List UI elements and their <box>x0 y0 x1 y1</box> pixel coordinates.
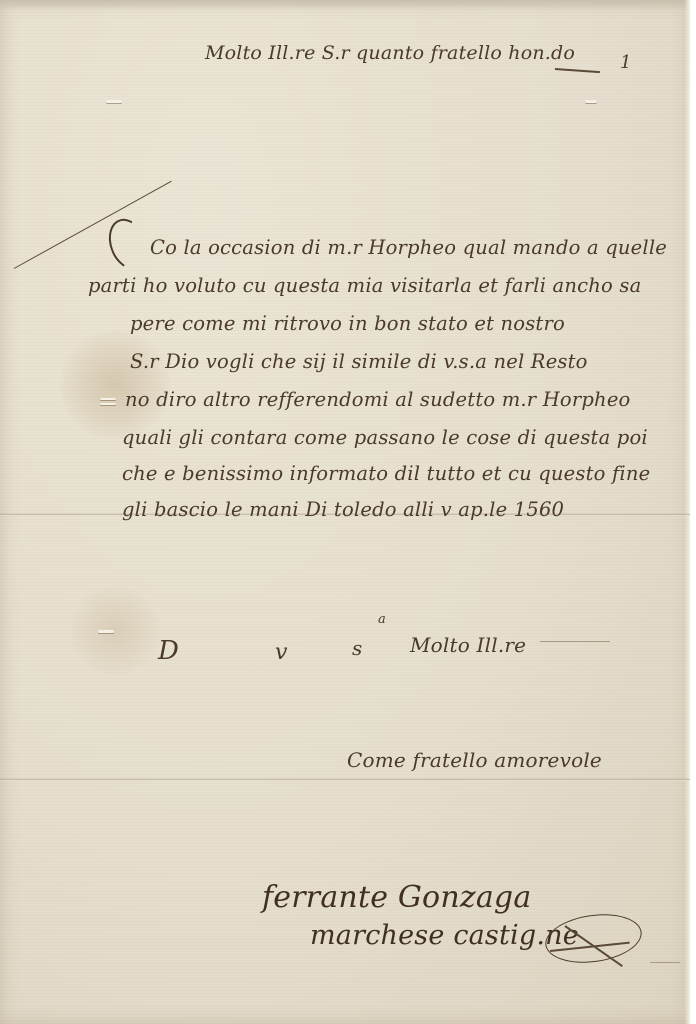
foxing-stain-upper <box>60 330 170 440</box>
body-line-8: gli bascio le mani Di toledo alli v ap.l… <box>122 498 564 521</box>
closing-s: s <box>352 636 362 660</box>
paper-slit-bottom <box>98 630 114 633</box>
margin-diagonal-stroke <box>14 181 172 269</box>
body-line-3: pere come mi ritrovo in bon stato et nos… <box>130 312 565 335</box>
closing-phrase: Come fratello amorevole <box>347 748 602 772</box>
closing-dash <box>540 641 610 642</box>
body-line-6: quali gli contara come passano le cose d… <box>122 426 648 449</box>
signature-title: marchese castig.ne <box>310 920 579 951</box>
body-line-2: parti ho voluto cu questa mia visitarla … <box>88 274 641 297</box>
body-line-4: S.r Dio vogli che sij il simile di v.s.a… <box>130 350 588 373</box>
salutation: Molto Ill.re S.r quanto fratello hon.do <box>205 42 575 64</box>
paper-slit-right <box>585 100 597 103</box>
letter-sheet: Molto Ill.re S.r quanto fratello hon.do … <box>0 0 690 1024</box>
fold-line-lower <box>0 778 690 781</box>
closing-v: v <box>275 640 288 665</box>
closing-d: D <box>158 636 179 666</box>
foxing-stain-lower <box>70 585 160 675</box>
closing-superscript-a: a <box>378 612 386 627</box>
body-line-1: Co la occasion di m.r Horpheo qual mando… <box>150 236 667 259</box>
page-number: 1 <box>620 52 632 73</box>
signature-name: ferrante Gonzaga <box>262 880 531 915</box>
paper-slit-middle-b <box>100 403 116 405</box>
paper-top-edge <box>0 0 690 10</box>
signature-paraph-loop <box>542 908 645 968</box>
signature-trailing-dash <box>650 962 680 963</box>
salutation-flourish <box>555 68 600 73</box>
initial-c-flourish <box>102 213 154 274</box>
body-line-5: no diro altro refferendomi al sudetto m.… <box>125 388 631 411</box>
paper-slit-middle-a <box>100 398 116 400</box>
paper-right-edge <box>684 0 690 1024</box>
paper-slit-top <box>106 100 122 103</box>
body-line-7: che e benissimo informato dil tutto et c… <box>122 462 650 485</box>
closing-title: Molto Ill.re <box>410 633 526 657</box>
